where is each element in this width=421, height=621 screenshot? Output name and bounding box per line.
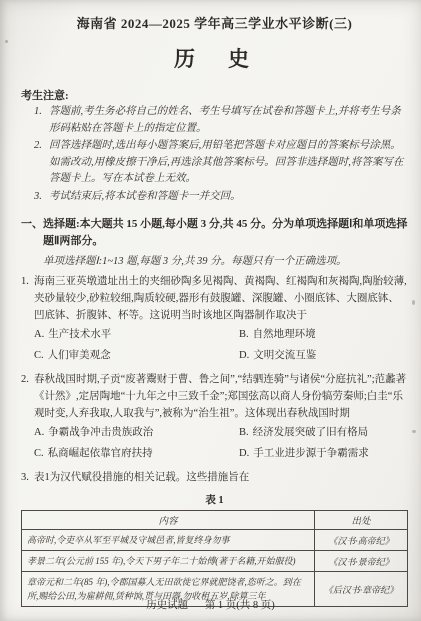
table-cell-content: 高帝时,令吏卒从军至平城及守城邑者,皆复终身勿事 xyxy=(22,530,315,551)
option-text: 生产技术水平 xyxy=(48,329,111,340)
option-label: B. xyxy=(239,427,249,438)
scan-speck xyxy=(412,300,415,305)
section-subheading: 单项选择题Ⅰ:1~13 题,每题 3 分,共 39 分。每题只有一个正确选项。 xyxy=(43,253,408,268)
question-2: 2. 春秋战国时期,子贡“废著鬻财于曹、鲁之间”,“结驷连骑”与诸侯“分庭抗礼”… xyxy=(21,371,408,422)
notice-item-number: 1. xyxy=(34,104,49,137)
option-label: B. xyxy=(239,329,249,340)
option-label: D. xyxy=(239,350,249,361)
footer-doc-name: 历史试题 xyxy=(146,600,188,611)
option-c: C.人们审美观念 xyxy=(34,345,239,366)
option-a: A.生产技术水平 xyxy=(34,324,239,345)
option-label: A. xyxy=(34,427,44,438)
notice-item: 2. 回答选择题时,选出每小题答案后,用铅笔把答题卡对应题目的答案标号涂黑。如需… xyxy=(34,138,408,188)
option-d: D.文明交流互鉴 xyxy=(239,345,408,366)
notice-heading: 考生注意: xyxy=(21,87,408,103)
option-d: D.手工业进步源于争霸需求 xyxy=(239,443,408,464)
question-2-options: A.争霸战争冲击贵族政治 B.经济发展突破了旧有格局 C.私商崛起依靠官府扶持 … xyxy=(34,422,408,464)
table-cell-source: 《汉书·景帝纪》 xyxy=(315,551,408,572)
option-text: 文明交流互鉴 xyxy=(253,350,316,361)
table-row: 高帝时,令吏卒从军至平城及守城邑者,皆复终身勿事 《汉书·高帝纪》 xyxy=(22,530,408,551)
question-stem: 春秋战国时期,子贡“废著鬻财于曹、鲁之间”,“结驷连骑”与诸侯“分庭抗礼”;范蠡… xyxy=(34,371,408,422)
option-b: B.经济发展突破了旧有格局 xyxy=(239,422,408,443)
table-row: 孝景二年(公元前 155 年),令天下男子年二十始傅(著于名籍,开始服役) 《汉… xyxy=(22,551,408,572)
subject-title: 历 史 xyxy=(21,43,408,73)
question-1-options: A.生产技术水平 B.自然地理环境 C.人们审美观念 D.文明交流互鉴 xyxy=(34,324,408,366)
table-cell-content: 孝景二年(公元前 155 年),令天下男子年二十始傅(著于名籍,开始服役) xyxy=(22,551,315,572)
table-header-row: 内容 出处 xyxy=(22,511,408,530)
table-header-source: 出处 xyxy=(315,511,408,530)
exam-paper-page: 海南省 2024—2025 学年高三学业水平诊断(三) 历 史 考生注意: 1.… xyxy=(0,0,421,621)
question-number: 1. xyxy=(21,273,34,324)
option-text: 人们审美观念 xyxy=(48,350,111,361)
table-header-content: 内容 xyxy=(22,511,315,530)
option-label: C. xyxy=(34,350,44,361)
section-number: 一、 xyxy=(21,216,43,250)
option-text: 经济发展突破了旧有格局 xyxy=(253,427,369,438)
section-heading-text: 选择题:本大题共 15 小题,每小题 3 分,共 45 分。分为单项选择题Ⅰ和单… xyxy=(43,216,408,250)
footer-page-number: 第 1 页(共 8 页) xyxy=(205,600,275,611)
option-label: D. xyxy=(239,448,249,459)
question-stem: 表1为汉代赋役措施的相关记载。这些措施旨在 xyxy=(34,469,408,486)
notice-item: 3. 考试结束后,将本试卷和答题卡一并交回。 xyxy=(34,189,408,206)
question-1: 1. 海南三亚英墩遗址出土的夹细砂陶多见褐陶、黄褐陶、红褐陶和灰褐陶,陶胎较薄,… xyxy=(21,273,408,324)
option-b: B.自然地理环境 xyxy=(239,324,408,345)
option-a: A.争霸战争冲击贵族政治 xyxy=(34,422,239,443)
question-number: 2. xyxy=(21,371,34,422)
page-footer: 历史试题 第 1 页(共 8 页) xyxy=(0,597,421,612)
question-stem: 海南三亚英墩遗址出土的夹细砂陶多见褐陶、黄褐陶、红褐陶和灰褐陶,陶胎较薄,夹砂量… xyxy=(34,273,408,324)
table-1: 内容 出处 高帝时,令吏卒从军至平城及守城邑者,皆复终身勿事 《汉书·高帝纪》 … xyxy=(21,510,408,607)
option-text: 自然地理环境 xyxy=(253,329,316,340)
option-text: 私商崛起依靠官府扶持 xyxy=(48,448,153,459)
question-3: 3. 表1为汉代赋役措施的相关记载。这些措施旨在 xyxy=(21,469,408,486)
scan-speck xyxy=(412,430,416,433)
notice-item-text: 答题前,考生务必将自己的姓名、考生号填写在试卷和答题卡上,并将考生号条形码粘贴在… xyxy=(49,104,408,137)
page-title: 海南省 2024—2025 学年高三学业水平诊断(三) xyxy=(21,13,408,32)
option-label: C. xyxy=(34,448,44,459)
scan-speck xyxy=(5,40,8,43)
notice-item: 1. 答题前,考生务必将自己的姓名、考生号填写在试卷和答题卡上,并将考生号条形码… xyxy=(34,104,408,137)
notice-item-text: 考试结束后,将本试卷和答题卡一并交回。 xyxy=(49,189,408,206)
notice-item-number: 2. xyxy=(34,138,49,188)
table-caption: 表 1 xyxy=(21,492,408,507)
question-number: 3. xyxy=(21,469,34,486)
section-heading: 一、 选择题:本大题共 15 小题,每小题 3 分,共 45 分。分为单项选择题… xyxy=(21,216,408,250)
notice-item-text: 回答选择题时,选出每小题答案后,用铅笔把答题卡对应题目的答案标号涂黑。如需改动,… xyxy=(49,138,408,188)
option-text: 争霸战争冲击贵族政治 xyxy=(48,427,153,438)
notice-item-number: 3. xyxy=(34,189,49,206)
option-label: A. xyxy=(34,329,44,340)
option-c: C.私商崛起依靠官府扶持 xyxy=(34,443,239,464)
table-cell-source: 《汉书·高帝纪》 xyxy=(315,530,408,551)
option-text: 手工业进步源于争霸需求 xyxy=(253,448,369,459)
